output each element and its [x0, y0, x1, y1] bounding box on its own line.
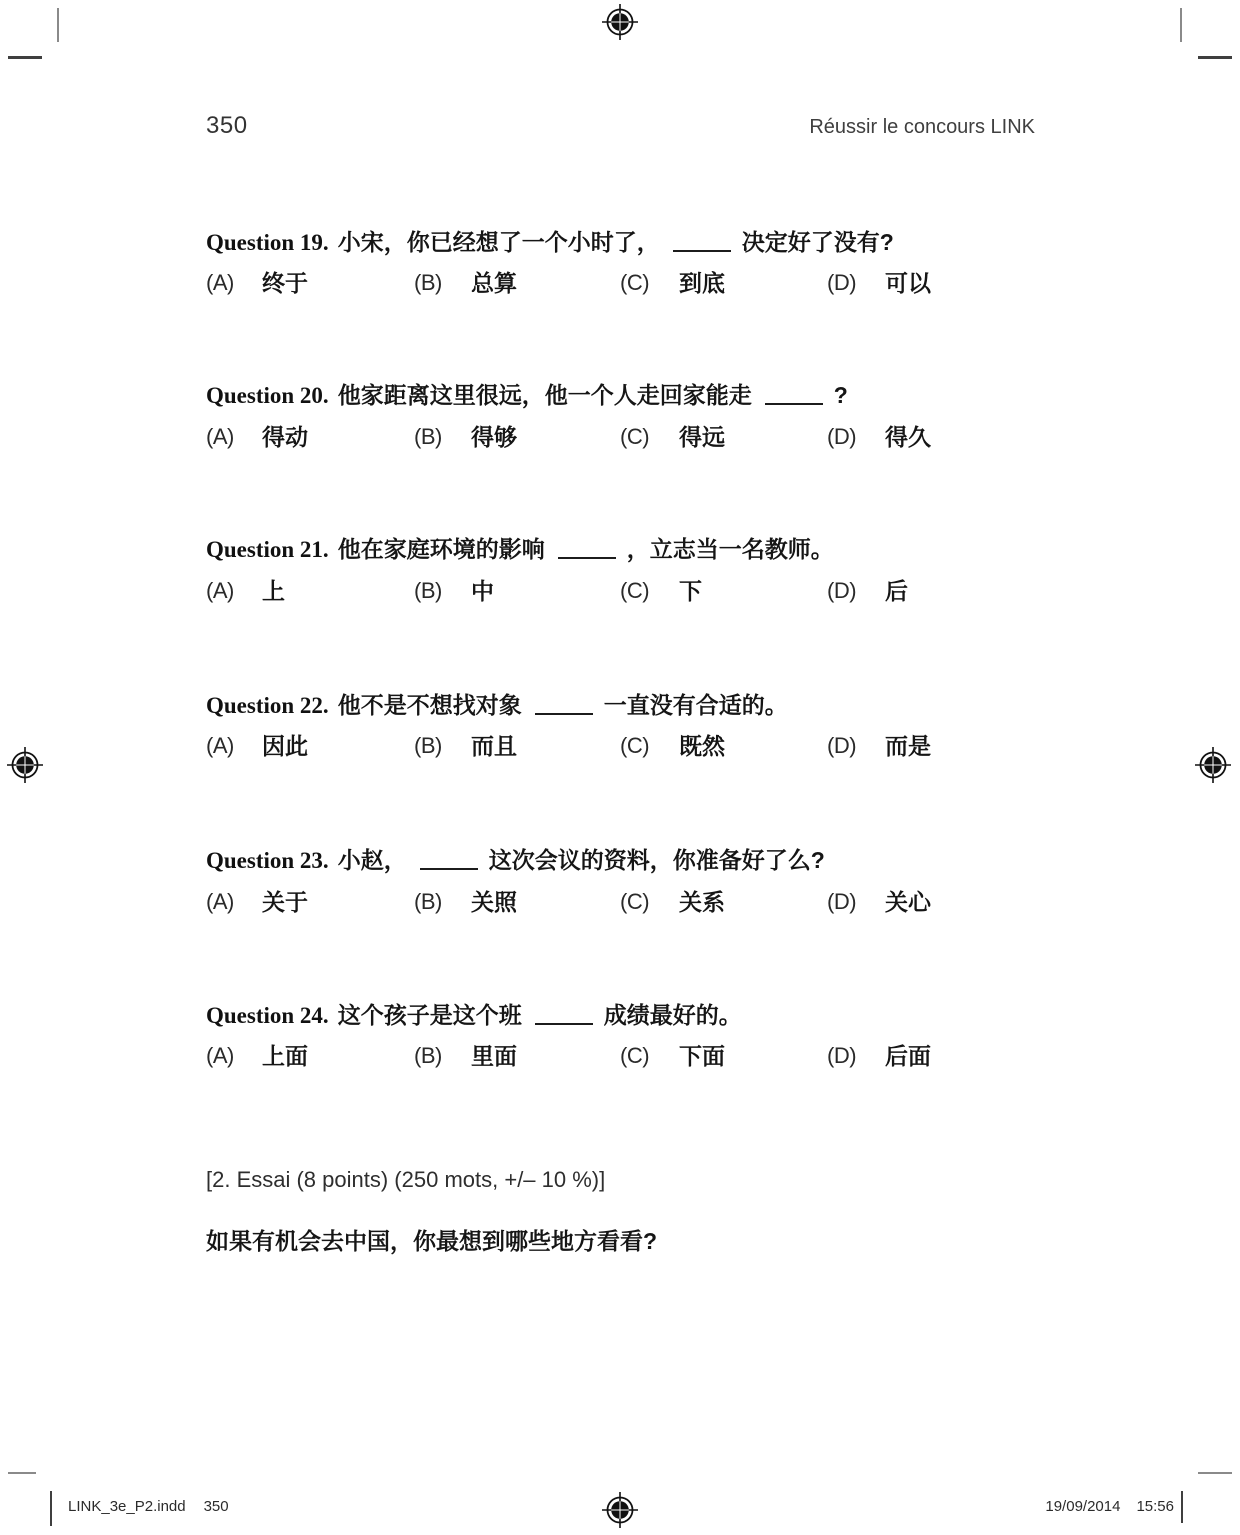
q19-option-letter-c: (C) [620, 267, 649, 299]
question-23: Question 23.小赵，这次会议的资料，你准备好了么? [206, 844, 1150, 877]
q21-option-text-b: 中 [471, 575, 494, 607]
q23-option-text-c: 关系 [679, 886, 725, 918]
q24-option-letter-c: (C) [620, 1040, 649, 1072]
q19-option-letter-b: (B) [414, 267, 442, 299]
registration-mark-icon [600, 2, 640, 42]
question-23-text-pre: 小赵， [338, 847, 407, 873]
q23-option-letter-b: (B) [414, 886, 442, 918]
question-22-label: Question 22. [206, 693, 329, 718]
crop-mark-top-left-horizontal [8, 56, 42, 59]
q22-option-letter-c: (C) [620, 730, 649, 762]
question-20-label: Question 20. [206, 383, 329, 408]
q20-option-text-a: 得动 [262, 421, 308, 453]
question-24: Question 24.这个孩子是这个班成绩最好的。 [206, 999, 1150, 1032]
running-title: Réussir le concours LINK [809, 116, 1035, 139]
question-20-options: (A) 得动 (B) 得够 (C) 得远 (D) 得久 [206, 421, 1056, 453]
q24-option-letter-d: (D) [827, 1040, 856, 1072]
crop-mark-bottom-right-horizontal [1198, 1472, 1232, 1474]
essay-prompt: 如果有机会去中国，你最想到哪些地方看看? [206, 1225, 657, 1257]
footer-time: 15:56 [1136, 1498, 1174, 1515]
footer-filename: LINK_3e_P2.indd [68, 1498, 186, 1515]
question-24-text-post: 成绩最好的。 [604, 1002, 742, 1028]
crop-mark-top-right-horizontal [1198, 56, 1232, 59]
q22-option-letter-a: (A) [206, 730, 234, 762]
crop-mark-bottom-left-horizontal [8, 1472, 36, 1474]
q21-option-text-a: 上 [262, 575, 285, 607]
q24-option-text-c: 下面 [679, 1040, 725, 1072]
question-19-options: (A) 终于 (B) 总算 (C) 到底 (D) 可以 [206, 267, 1056, 299]
q23-option-text-b: 关照 [471, 886, 517, 918]
crop-mark-bottom-left-vertical [50, 1491, 52, 1526]
footer-page: 350 [204, 1498, 229, 1515]
q23-option-text-a: 关于 [262, 886, 308, 918]
question-19-text-pre: 小宋，你已经想了一个小时了， [338, 229, 660, 255]
q21-option-letter-a: (A) [206, 575, 234, 607]
q20-option-letter-a: (A) [206, 421, 234, 453]
question-24-options: (A) 上面 (B) 里面 (C) 下面 (D) 后面 [206, 1040, 1056, 1072]
crop-mark-top-left-vertical [57, 8, 59, 42]
registration-mark-icon [1193, 745, 1233, 785]
question-23-label: Question 23. [206, 848, 329, 873]
crop-mark-bottom-right-vertical [1181, 1491, 1183, 1523]
question-21-options: (A) 上 (B) 中 (C) 下 (D) 后 [206, 575, 1056, 607]
question-19-text-post: 决定好了没有? [742, 229, 894, 255]
q23-option-text-d: 关心 [885, 886, 931, 918]
q22-option-letter-b: (B) [414, 730, 442, 762]
q21-option-letter-d: (D) [827, 575, 856, 607]
crop-mark-top-right-vertical [1180, 8, 1182, 42]
q21-option-letter-c: (C) [620, 575, 649, 607]
essay-section-heading: [2. Essai (8 points) (250 mots, +/– 10 %… [206, 1165, 605, 1195]
q22-option-text-c: 既然 [679, 730, 725, 762]
question-22: Question 22.他不是不想找对象一直没有合适的。 [206, 689, 1150, 722]
question-22-text-pre: 他不是不想找对象 [338, 692, 522, 718]
question-22-blank [535, 709, 593, 715]
question-22-options: (A) 因此 (B) 而且 (C) 既然 (D) 而是 [206, 730, 1056, 762]
question-21-label: Question 21. [206, 537, 329, 562]
question-20-text-pre: 他家距离这里很远，他一个人走回家能走 [338, 382, 752, 408]
footer-filename-block: LINK_3e_P2.indd350 [68, 1498, 229, 1515]
q20-option-letter-b: (B) [414, 421, 442, 453]
q19-option-letter-a: (A) [206, 267, 234, 299]
question-20: Question 20.他家距离这里很远，他一个人走回家能走? [206, 379, 1150, 412]
footer-timestamp-block: 19/09/201415:56 [1045, 1498, 1174, 1515]
q20-option-text-b: 得够 [471, 421, 517, 453]
question-23-text-post: 这次会议的资料，你准备好了么? [489, 847, 825, 873]
question-20-text-post: ? [834, 382, 848, 408]
q20-option-text-d: 得久 [885, 421, 931, 453]
q24-option-letter-b: (B) [414, 1040, 442, 1072]
page-number: 350 [206, 112, 248, 140]
question-20-blank [765, 399, 823, 405]
question-22-text-post: 一直没有合适的。 [604, 692, 788, 718]
q24-option-text-a: 上面 [262, 1040, 308, 1072]
footer-date: 19/09/2014 [1045, 1498, 1120, 1515]
q21-option-letter-b: (B) [414, 575, 442, 607]
question-24-label: Question 24. [206, 1003, 329, 1028]
question-19-label: Question 19. [206, 230, 329, 255]
q22-option-text-a: 因此 [262, 730, 308, 762]
question-23-blank [420, 864, 478, 870]
page-header: 350 Réussir le concours LINK [206, 112, 1035, 140]
q23-option-letter-d: (D) [827, 886, 856, 918]
q22-option-text-d: 而是 [885, 730, 931, 762]
question-21-blank [558, 553, 616, 559]
registration-mark-icon [600, 1490, 640, 1530]
q22-option-text-b: 而且 [471, 730, 517, 762]
q24-option-letter-a: (A) [206, 1040, 234, 1072]
q20-option-text-c: 得远 [679, 421, 725, 453]
question-19: Question 19.小宋，你已经想了一个小时了，决定好了没有? [206, 226, 1150, 259]
q24-option-text-d: 后面 [885, 1040, 931, 1072]
q23-option-letter-c: (C) [620, 886, 649, 918]
question-21-text-post: ，立志当一名教师。 [627, 536, 834, 562]
question-24-blank [535, 1019, 593, 1025]
q19-option-text-a: 终于 [262, 267, 308, 299]
q24-option-text-b: 里面 [471, 1040, 517, 1072]
q19-option-text-d: 可以 [885, 267, 931, 299]
question-21-text-pre: 他在家庭环境的影响 [338, 536, 545, 562]
q21-option-text-d: 后 [885, 575, 908, 607]
question-24-text-pre: 这个孩子是这个班 [338, 1002, 522, 1028]
q23-option-letter-a: (A) [206, 886, 234, 918]
q22-option-letter-d: (D) [827, 730, 856, 762]
q20-option-letter-c: (C) [620, 421, 649, 453]
q19-option-text-b: 总算 [471, 267, 517, 299]
q19-option-text-c: 到底 [679, 267, 725, 299]
registration-mark-icon [5, 745, 45, 785]
q21-option-text-c: 下 [679, 575, 702, 607]
question-21: Question 21.他在家庭环境的影响，立志当一名教师。 [206, 533, 1150, 566]
q19-option-letter-d: (D) [827, 267, 856, 299]
q20-option-letter-d: (D) [827, 421, 856, 453]
question-19-blank [673, 246, 731, 252]
question-23-options: (A) 关于 (B) 关照 (C) 关系 (D) 关心 [206, 886, 1056, 918]
scanned-book-page: 350 Réussir le concours LINK Question 19… [0, 0, 1240, 1535]
